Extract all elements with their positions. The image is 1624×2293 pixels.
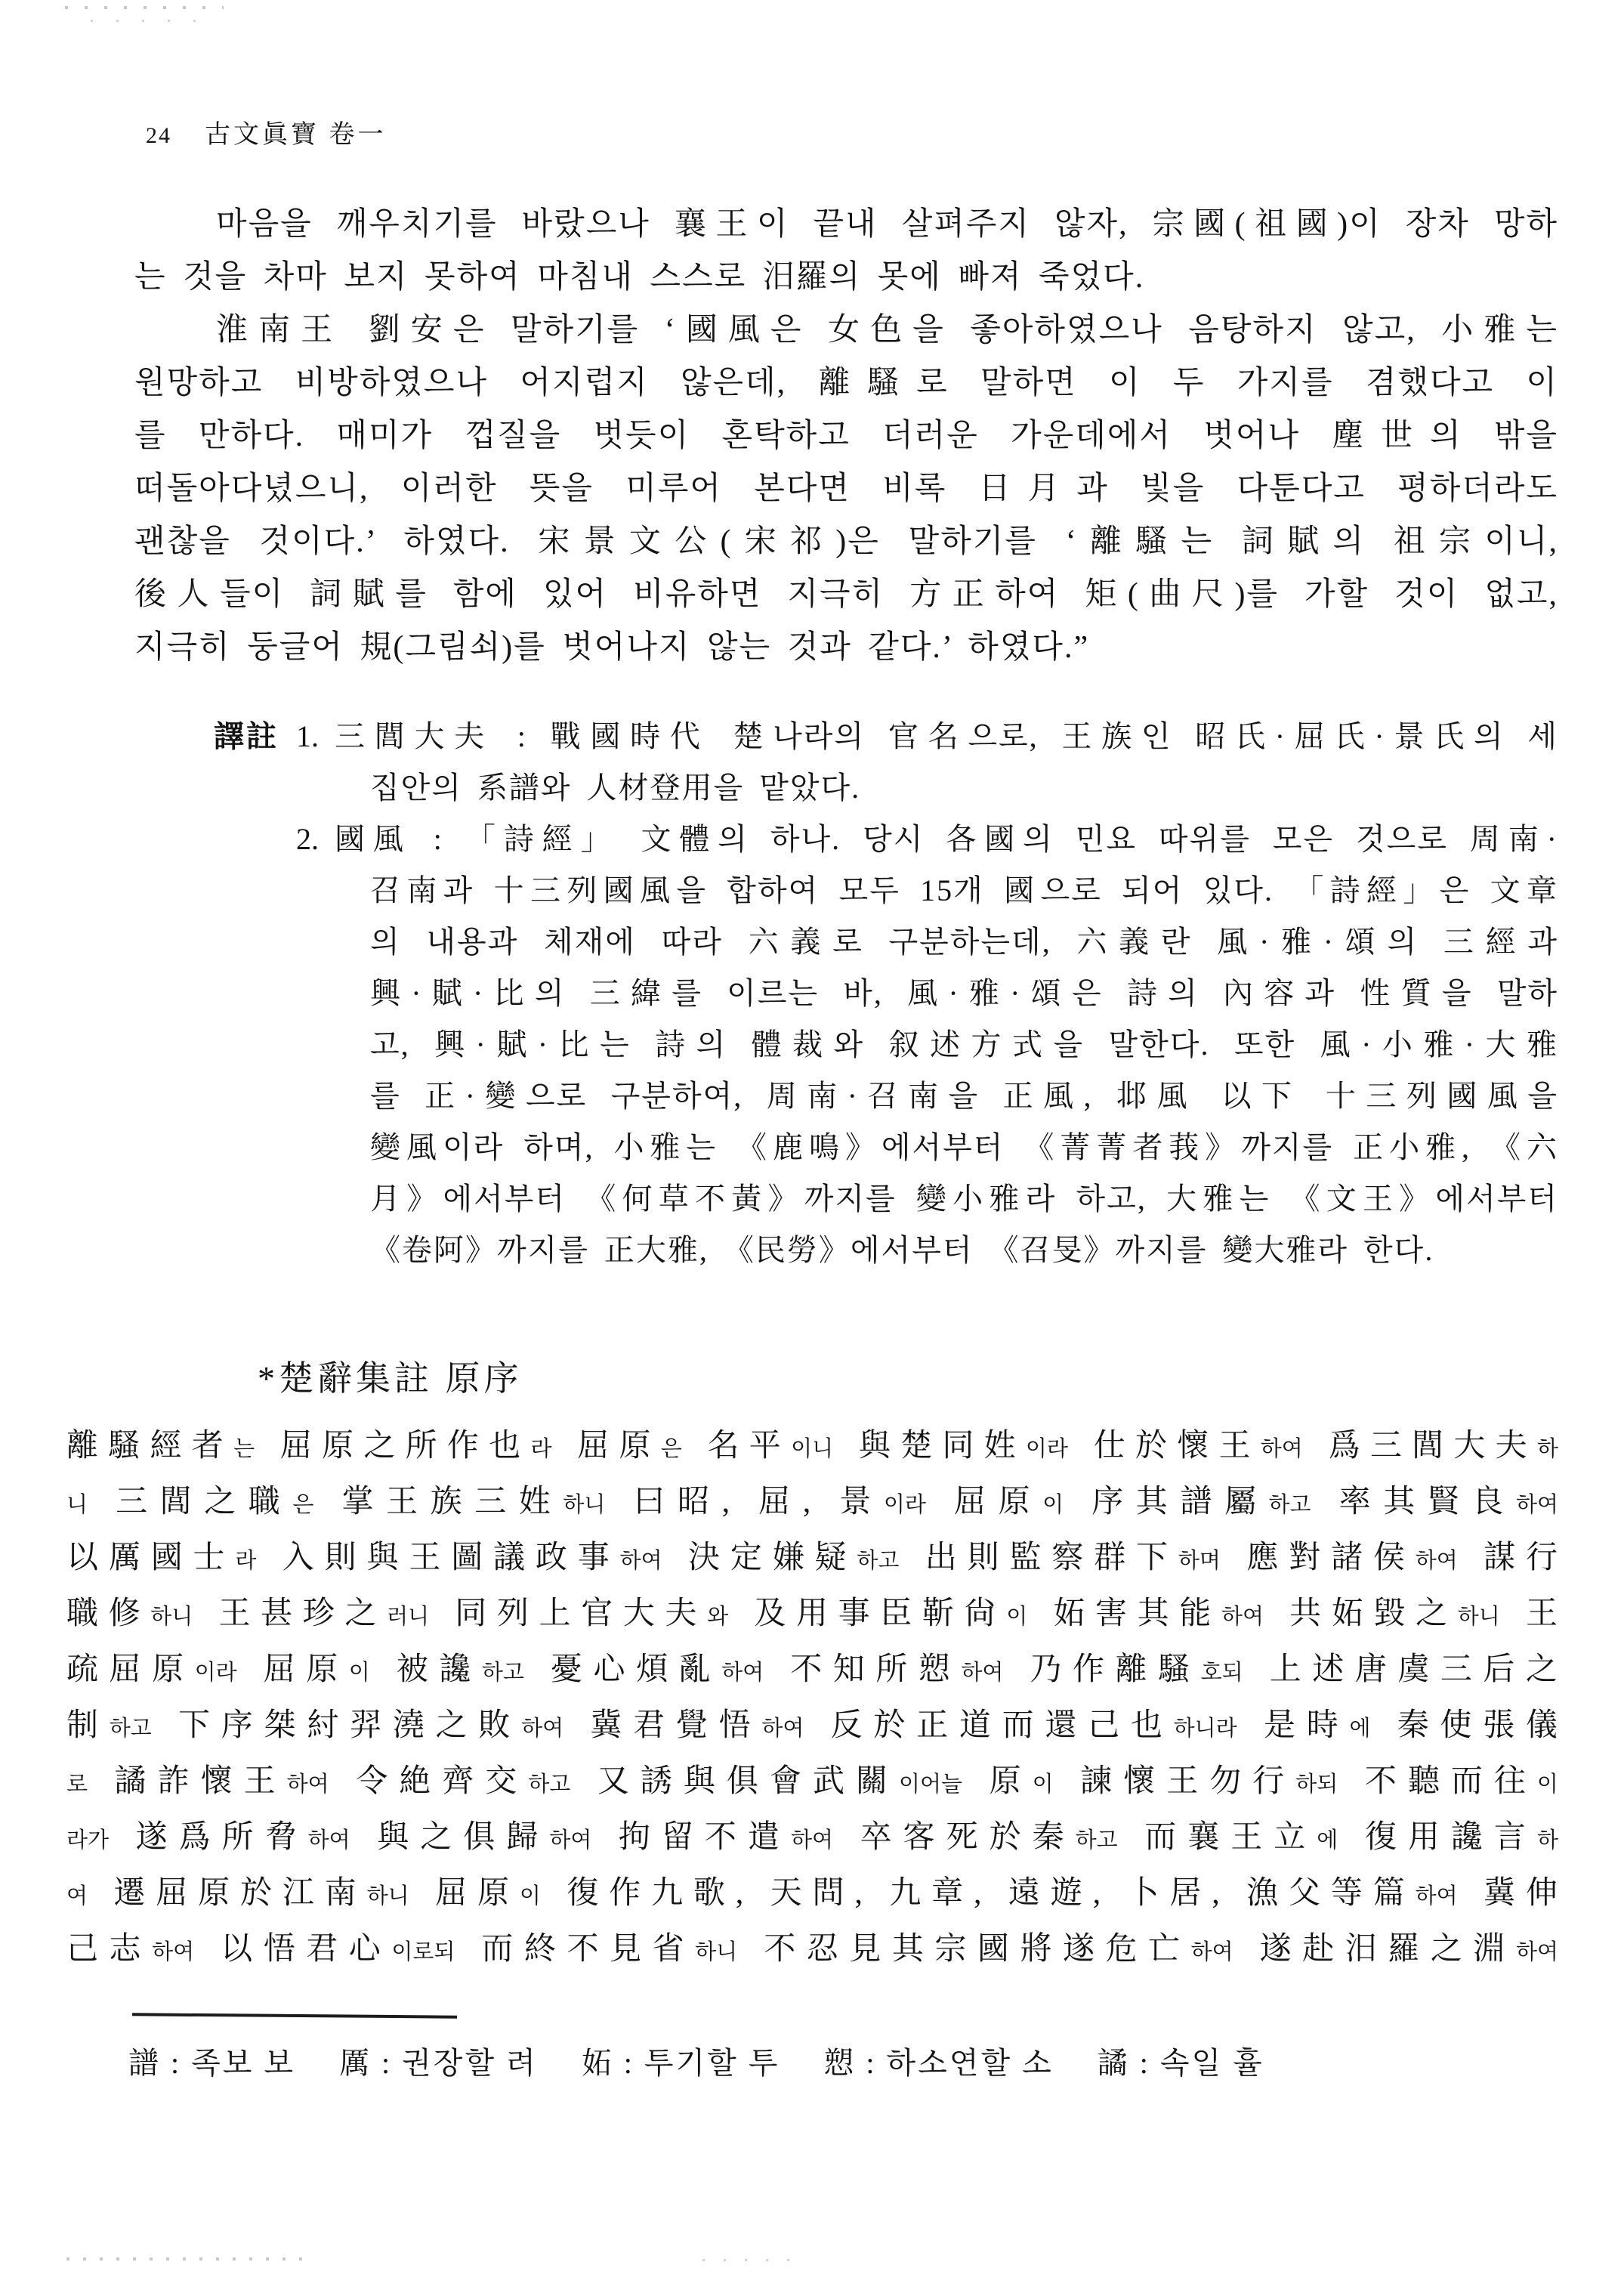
hangul-particle: 하니	[150, 1605, 193, 1629]
hangul-particle: 에	[1349, 1717, 1370, 1741]
note-line: 召南과 十三列國風을 합하여 모두 15개 國으로 되어 있다. 「詩經」은 文…	[370, 865, 1558, 916]
scan-artifact-top-2	[91, 20, 204, 22]
hangul-particle: 하여	[308, 1828, 350, 1853]
book-page: 24古文眞寶 卷一 마음을 깨우치기를 바랐으나 襄王이 끝내 살펴주지 않자,…	[0, 0, 1624, 2293]
classical-line: 여 遷屈原於江南하니 屈原이 復作九歌, 天問, 九章, 遠遊, 卜居, 漁父等…	[66, 1867, 1558, 1923]
classical-line: 로 譎詐懷王하여 令絶齊交하고 又誘與俱會武關이어늘 原이 諫懷王勿行하되 不聽…	[66, 1755, 1558, 1811]
hangul-particle: 하여	[761, 1717, 804, 1741]
note-line: 興·賦·比의 三緯를 이르는 바, 風·雅·頌은 詩의 內容과 性質을 말하	[370, 968, 1558, 1019]
hangul-particle: 하고	[482, 1661, 524, 1685]
classical-line: 니 三閭之職은 掌王族三姓하니 曰昭, 屈, 景이라 屈原이 序其譜屬하고 率其…	[66, 1476, 1558, 1531]
translation-line: 마음을 깨우치기를 바랐으나 襄王이 끝내 살펴주지 않자, 宗國(祖國)이 장…	[134, 198, 1558, 251]
hangul-particle: 하니	[563, 1493, 605, 1517]
hangul-particle: 는	[233, 1437, 255, 1461]
hangul-particle: 이라	[195, 1661, 237, 1685]
hangul-particle: 하여	[1261, 1437, 1303, 1461]
hangul-particle: 하여	[961, 1661, 1003, 1685]
hangul-particle: 하여	[1516, 1940, 1558, 1964]
hangul-particle: 하고	[1076, 1828, 1118, 1853]
hangul-particle: 라	[530, 1437, 551, 1461]
hangul-particle: 하니	[1458, 1605, 1500, 1629]
hangul-particle: 하	[1537, 1437, 1558, 1461]
translator-notes-block: 譯註 1.三閭大夫 : 戰國時代 楚나라의 官名으로, 王族인 昭氏·屈氏·景氏…	[0, 711, 1624, 1276]
hangul-particle: 에	[1317, 1828, 1338, 1853]
note-number: 2.	[296, 814, 319, 865]
note-number: 1.	[296, 711, 319, 762]
hangul-particle: 하여	[791, 1828, 833, 1853]
translation-line: 淮南王 劉安은 말하기를 ‘國風은 女色을 좋아하였으나 음탕하지 않고, 小雅…	[134, 304, 1558, 357]
note-line: 집안의 系譜와 人材登用을 맡았다.	[370, 762, 1558, 814]
hangul-particle: 라가	[66, 1828, 109, 1853]
hangul-particle: 하니라	[1174, 1717, 1237, 1741]
scan-artifact-top	[65, 6, 224, 9]
translation-line: 괜찮을 것이다.’ 하였다. 宋景文公(宋祁)은 말하기를 ‘離騷는 詞賦의 祖…	[134, 515, 1558, 568]
hangul-particle: 이	[349, 1661, 370, 1685]
note-line: 고, 興·賦·比는 詩의 體裁와 叙述方式을 말한다. 또한 風·小雅·大雅	[370, 1019, 1558, 1071]
hangul-particle: 하여	[721, 1661, 764, 1685]
note-line: 月》에서부터 《何草不黃》까지를 變小雅라 하고, 大雅는 《文王》에서부터	[370, 1173, 1558, 1225]
hangul-particle: 이니	[791, 1437, 833, 1461]
section-title: *楚辭集註 原序	[258, 1351, 523, 1401]
hangul-particle: 하되	[1295, 1772, 1338, 1797]
notes-body: 1.三閭大夫 : 戰國時代 楚나라의 官名으로, 王族인 昭氏·屈氏·景氏의 세…	[296, 711, 1558, 1276]
footnote-divider	[132, 2013, 457, 2018]
hangul-particle: 하며	[1178, 1549, 1221, 1573]
classical-line: 라가 遂爲所脅하여 與之俱歸하여 拘留不遣하여 卒客死於秦하고 而襄王立에 復用…	[66, 1811, 1558, 1867]
hangul-particle: 이어늘	[899, 1772, 962, 1797]
hangul-particle: 하여	[1416, 1884, 1458, 1908]
hangul-particle: 여	[66, 1884, 88, 1908]
note-line: 三閭大夫 : 戰國時代 楚나라의 官名으로, 王族인 昭氏·屈氏·景氏의 세	[335, 711, 1558, 762]
note-line: 《卷阿》까지를 正大雅, 《民勞》에서부터 《召旻》까지를 變大雅라 한다.	[370, 1225, 1558, 1276]
hangul-particle: 하	[1537, 1828, 1558, 1853]
classical-line: 以厲國士라 入則與王圖議政事하여 決定嫌疑하고 出則監察群下하며 應對諸侯하여 …	[66, 1531, 1558, 1587]
hangul-particle: 라	[235, 1549, 256, 1573]
translation-line: 後人들이 詞賦를 함에 있어 비유하면 지극히 方正하여 矩(曲尺)를 가할 것…	[134, 568, 1558, 621]
notes-label: 譯註	[214, 711, 279, 762]
classical-text-block: 離騷經者는 屈原之所作也라 屈原은 名平이니 與楚同姓이라 仕於懷王하여 爲三閭…	[66, 1420, 1558, 1979]
hangul-particle: 로	[66, 1772, 88, 1797]
hangul-particle: 이라	[884, 1493, 926, 1517]
hangul-particle: 하여	[1191, 1940, 1233, 1964]
translation-text-block: 마음을 깨우치기를 바랐으나 襄王이 끝내 살펴주지 않자, 宗國(祖國)이 장…	[134, 198, 1558, 674]
hangul-particle: 하여	[1516, 1493, 1558, 1517]
translation-line: 는 것을 차마 보지 못하여 마침내 스스로 汨羅의 못에 빠져 죽었다.	[134, 251, 1558, 304]
hangul-particle: 니	[66, 1493, 88, 1517]
hangul-particle: 이로되	[391, 1940, 455, 1964]
hangul-particle: 하여	[287, 1772, 329, 1797]
hangul-particle: 하여	[549, 1828, 591, 1853]
glossary-entry: 厲 : 권장할 려	[339, 2046, 538, 2080]
note-line: 의 내용과 체재에 따라 六義로 구분하는데, 六義란 風·雅·頌의 三經과	[370, 916, 1558, 968]
classical-line: 離騷經者는 屈原之所作也라 屈原은 名平이니 與楚同姓이라 仕於懷王하여 爲三閭…	[66, 1420, 1558, 1476]
note-item: 1.三閭大夫 : 戰國時代 楚나라의 官名으로, 王族인 昭氏·屈氏·景氏의 세…	[296, 711, 1558, 814]
note-line: 를 正·變으로 구분하여, 周南·召南을 正風, 邶風 以下 十三列國風을	[370, 1071, 1558, 1122]
hangul-particle: 이라	[1026, 1437, 1068, 1461]
hangul-particle: 하고	[1269, 1493, 1311, 1517]
hangul-particle: 이	[520, 1884, 541, 1908]
hangul-particle: 하여	[1221, 1605, 1264, 1629]
hangul-particle: 하고	[857, 1549, 899, 1573]
hangul-particle: 이	[1033, 1772, 1054, 1797]
hangul-particle: 하니	[367, 1884, 409, 1908]
scan-artifact-bottom-2	[702, 2259, 793, 2261]
note-line: 國風 : 「詩經」 文體의 하나. 당시 各國의 민요 따위를 모은 것으로 周…	[335, 814, 1558, 865]
page-number: 24	[146, 123, 171, 148]
scan-artifact-bottom	[66, 2257, 316, 2261]
hangul-particle: 하니	[695, 1940, 737, 1964]
translation-line: 를 만하다. 매미가 껍질을 벗듯이 혼탁하고 더러운 가운데에서 벗어나 塵世…	[134, 409, 1558, 462]
glossary-entry: 妬 : 투기할 투	[582, 2046, 780, 2080]
hangul-particle: 이	[1042, 1493, 1064, 1517]
hangul-particle: 와	[707, 1605, 728, 1629]
hangul-particle: 하여	[521, 1717, 563, 1741]
hangul-particle: 이	[1537, 1772, 1558, 1797]
hangul-particle: 러니	[387, 1605, 429, 1629]
glossary-entry: 譎 : 속일 휼	[1098, 2046, 1264, 2080]
glossary-entry: 愬 : 하소연할 소	[823, 2046, 1053, 2080]
hanja-glossary: 譜 : 족보 보厲 : 권장할 려妬 : 투기할 투愬 : 하소연할 소譎 : …	[128, 2040, 1564, 2087]
classical-line: 己志하여 以悟君心이로되 而終不見省하니 不忍見其宗國將遂危亡하여 遂赴汨羅之淵…	[66, 1923, 1558, 1979]
hangul-particle: 하여	[620, 1549, 662, 1573]
glossary-entry: 譜 : 족보 보	[128, 2046, 295, 2080]
hangul-particle: 은	[661, 1437, 682, 1461]
hangul-particle: 이	[1006, 1605, 1027, 1629]
note-item: 2.國風 : 「詩經」 文體의 하나. 당시 各國의 민요 따위를 모은 것으로…	[296, 814, 1558, 1276]
translation-line: 떠돌아다녔으니, 이러한 뜻을 미루어 본다면 비록 日月과 빛을 다툰다고 평…	[134, 462, 1558, 515]
note-line: 變風이라 하며, 小雅는 《鹿鳴》에서부터 《菁菁者莪》까지를 正小雅, 《六	[370, 1122, 1558, 1173]
classical-line: 疏屈原이라 屈原이 被讒하고 憂心煩亂하여 不知所愬하여 乃作離騷호되 上述唐虞…	[66, 1643, 1558, 1699]
hangul-particle: 하여	[1416, 1549, 1458, 1573]
hangul-particle: 은	[292, 1493, 313, 1517]
hangul-particle: 하고	[110, 1717, 152, 1741]
hangul-particle: 호되	[1201, 1661, 1243, 1685]
book-title: 古文眞寶 卷一	[205, 121, 387, 149]
hangul-particle: 하고	[528, 1772, 570, 1797]
hangul-particle: 하여	[152, 1940, 194, 1964]
page-header: 24古文眞寶 卷一	[146, 113, 387, 150]
translation-line: 원망하고 비방하였으나 어지럽지 않은데, 離騷로 말하면 이 두 가지를 겸했…	[134, 357, 1558, 409]
classical-line: 職修하니 王甚珍之러니 同列上官大夫와 及用事臣靳尙이 妬害其能하여 共妬毀之하…	[66, 1587, 1558, 1643]
translation-line: 지극히 둥글어 規(그림쇠)를 벗어나지 않는 것과 같다.’ 하였다.”	[134, 621, 1558, 674]
classical-line: 制하고 下序桀紂羿澆之敗하여 冀君覺悟하여 反於正道而還己也하니라 是時에 秦使…	[66, 1699, 1558, 1755]
